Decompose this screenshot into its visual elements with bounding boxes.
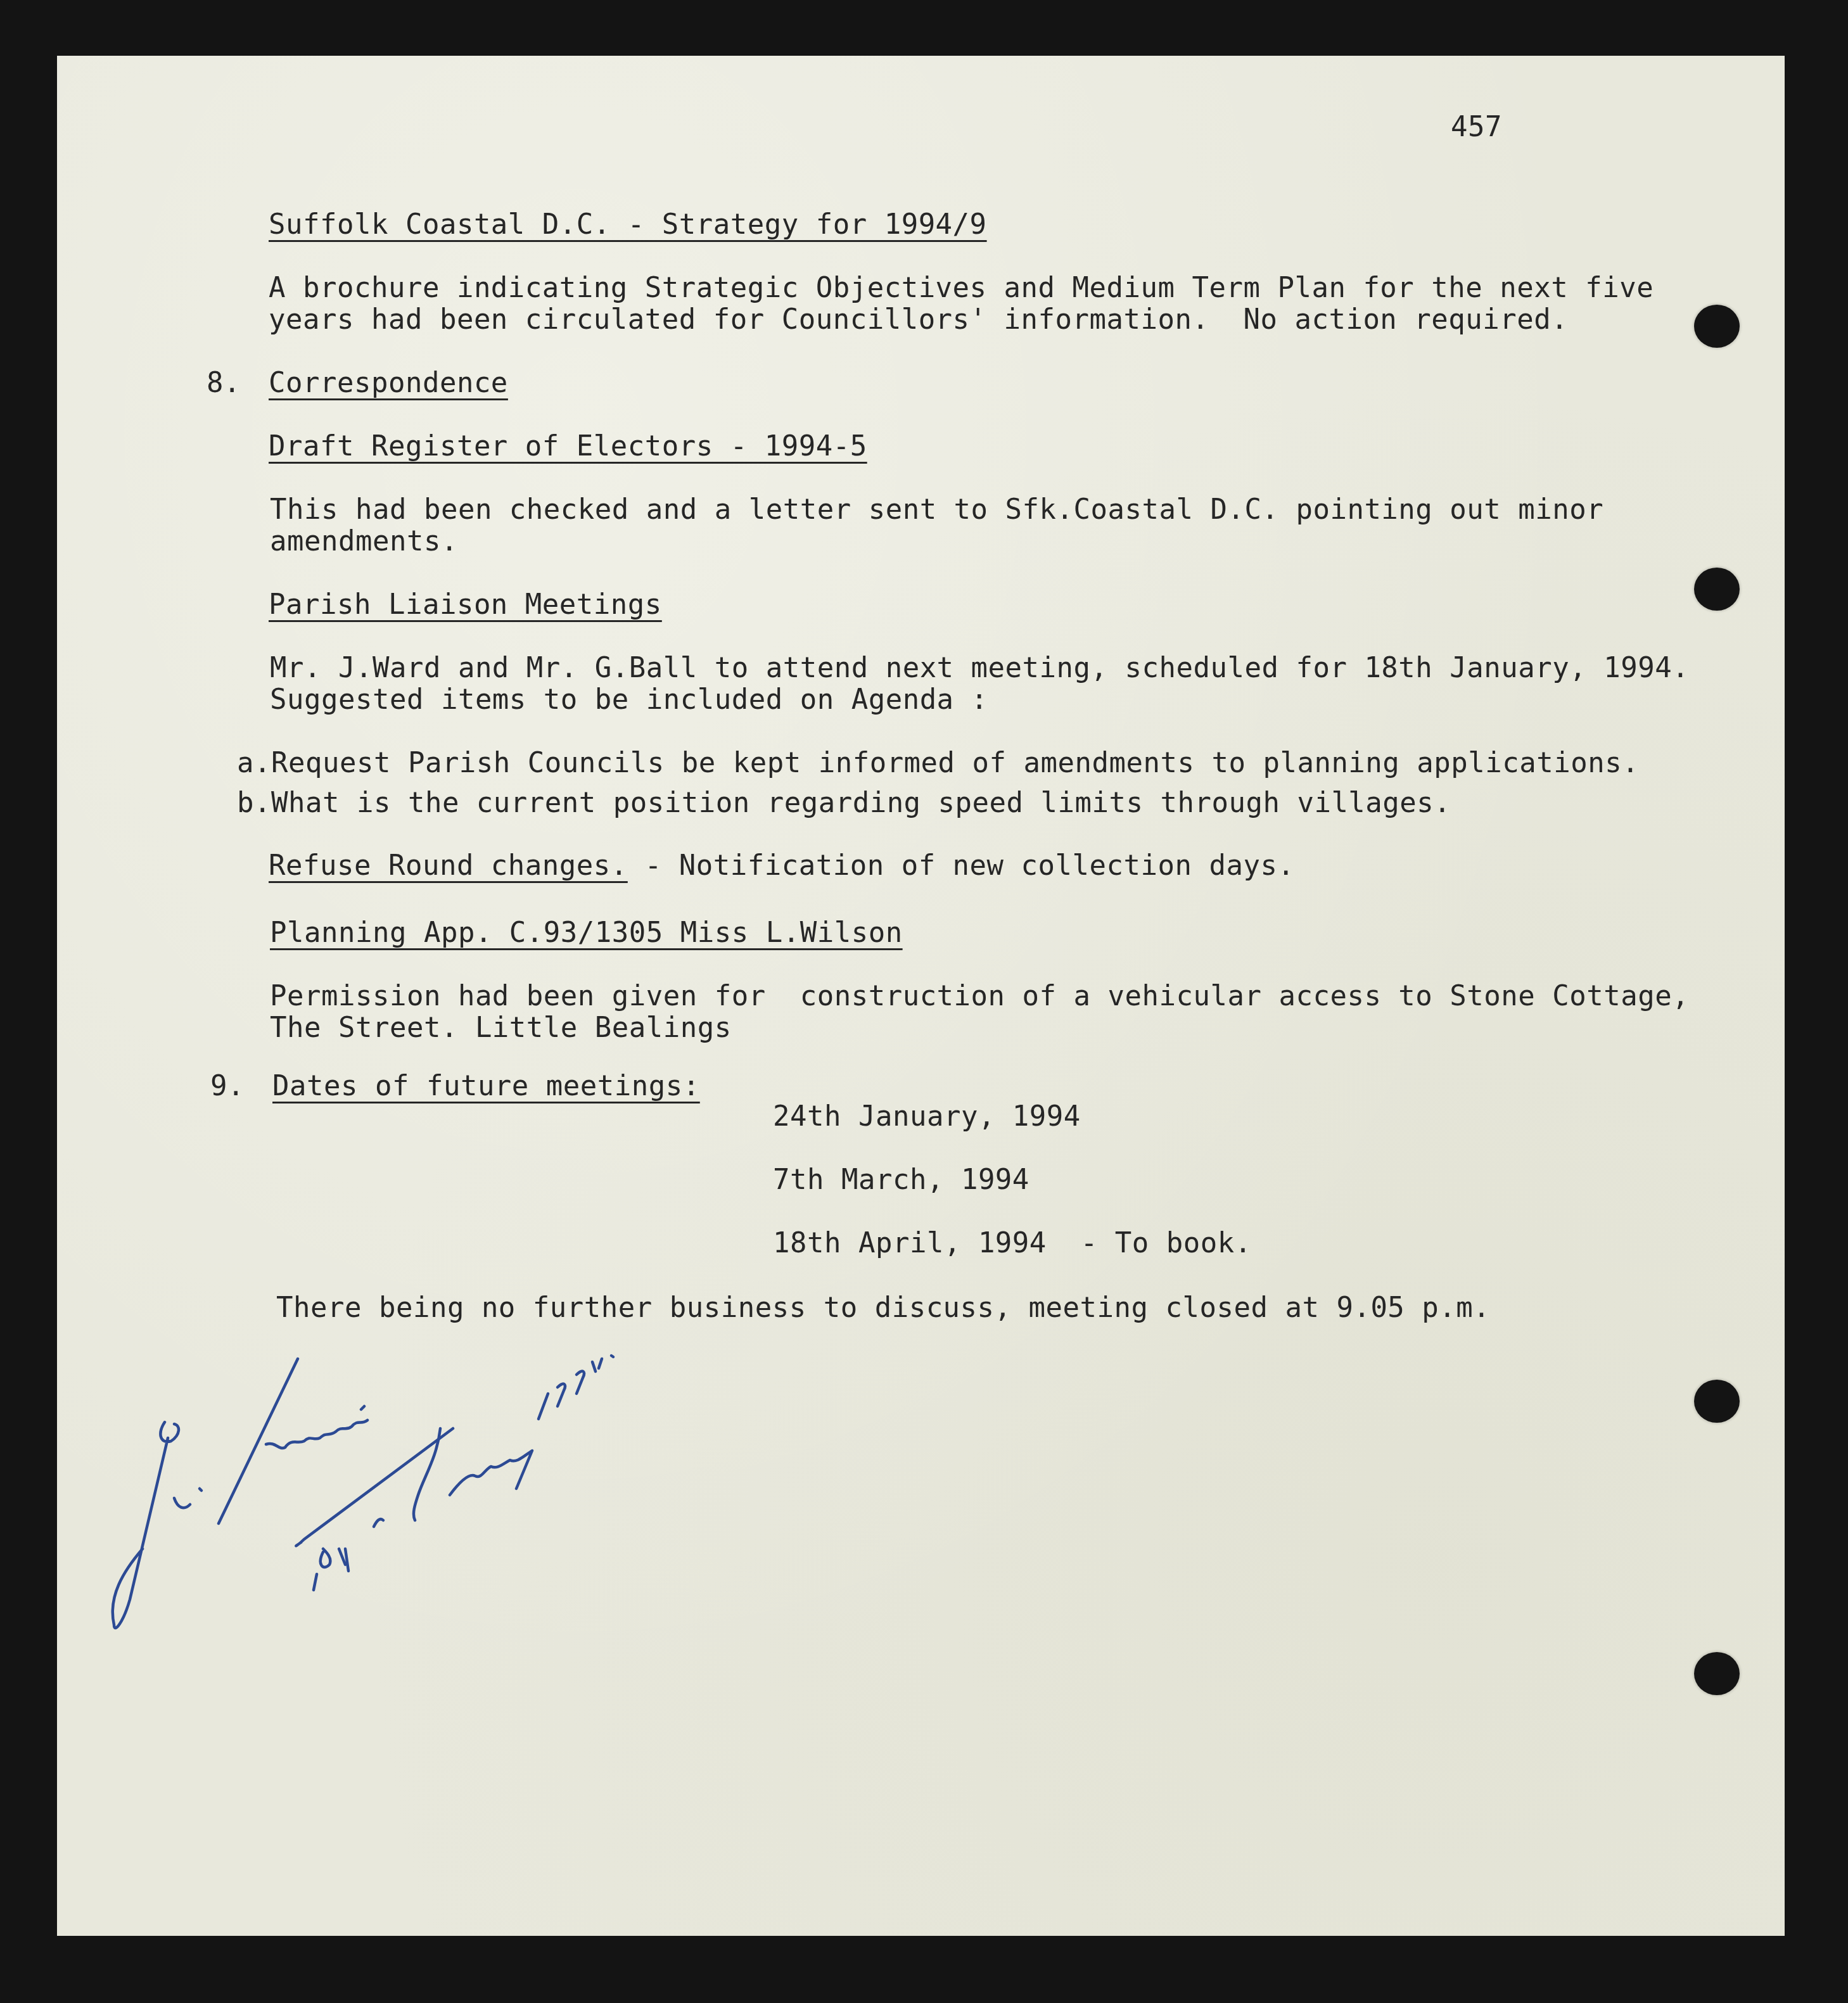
planning-heading: Planning App. C.93/1305 Miss L.Wilson — [270, 917, 903, 949]
punch-hole — [1694, 305, 1740, 348]
agenda-item-b: b.What is the current position regarding… — [237, 787, 1451, 819]
draft-register-line-1: This had been checked and a letter sent … — [270, 494, 1603, 526]
strategy-line-2: years had been circulated for Councillor… — [269, 304, 1568, 336]
refuse-heading: Refuse Round changes. — [269, 849, 628, 882]
refuse-text: - Notification of new collection days. — [628, 849, 1295, 882]
closing-statement: There being no further business to discu… — [276, 1292, 1490, 1324]
punch-hole — [1694, 568, 1740, 611]
punch-hole — [1694, 1380, 1740, 1423]
correspondence-heading: Correspondence — [269, 367, 508, 399]
section-number-8: 8. — [207, 367, 241, 399]
refuse-line: Refuse Round changes. - Notification of … — [269, 850, 1294, 882]
page-number: 457 — [1451, 111, 1502, 143]
planning-line-2: The Street. Little Bealings — [270, 1012, 732, 1044]
strategy-line-1: A brochure indicating Strategic Objectiv… — [269, 272, 1654, 304]
planning-line-1: Permission had been given for constructi… — [270, 981, 1689, 1012]
handwritten-signature — [95, 1330, 729, 1774]
meeting-date-1: 24th January, 1994 — [773, 1101, 1081, 1133]
strategy-heading: Suffolk Coastal D.C. - Strategy for 1994… — [269, 209, 987, 241]
punch-hole — [1694, 1652, 1740, 1695]
future-meetings-heading: Dates of future meetings: — [272, 1071, 700, 1102]
meeting-date-2: 7th March, 1994 — [773, 1164, 1029, 1196]
parish-liaison-line-1: Mr. J.Ward and Mr. G.Ball to attend next… — [270, 652, 1689, 684]
meeting-date-3: 18th April, 1994 - To book. — [773, 1228, 1252, 1259]
parish-liaison-heading: Parish Liaison Meetings — [269, 589, 662, 621]
draft-register-line-2: amendments. — [270, 526, 458, 557]
agenda-item-a: a.Request Parish Councils be kept inform… — [237, 747, 1639, 779]
section-number-9: 9. — [210, 1071, 245, 1102]
draft-register-heading: Draft Register of Electors - 1994-5 — [269, 431, 867, 462]
parish-liaison-line-2: Suggested items to be included on Agenda… — [270, 684, 988, 716]
